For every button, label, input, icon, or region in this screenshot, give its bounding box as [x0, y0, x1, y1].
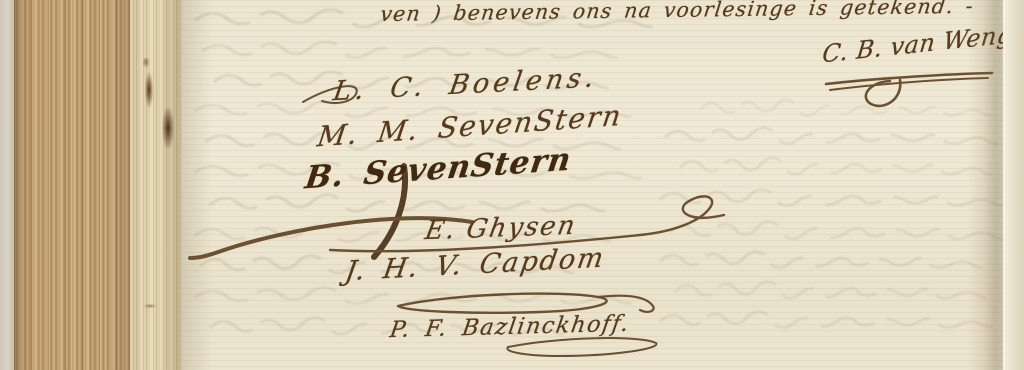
- closing-statement-line: ven ) benevens ons na voorlesinge is get…: [379, 0, 975, 26]
- signature-boelens: L. C. Boelens.: [331, 62, 600, 107]
- page-fold-shadow: [968, 0, 1006, 370]
- adjacent-page-edge: [1003, 0, 1024, 370]
- signature-ghysen: E. Ghysen: [423, 211, 579, 246]
- signature-m-sevenstern: M. M. SevenStern: [315, 99, 624, 154]
- page-edge-stack: [130, 0, 182, 370]
- flourish-bazlinckhoff-ellipse: [507, 338, 656, 356]
- small-ink-stain: [140, 300, 164, 314]
- signature-bazlinckhoff: P. F. Bazlinckhoff.: [388, 311, 632, 343]
- signature-capdom: J. H. V. Capdom: [343, 242, 607, 287]
- flourish-vanwenge-underline-2: [830, 78, 988, 90]
- scan-left-edge: [0, 0, 14, 370]
- flourish-capdom-ellipse: [398, 294, 607, 313]
- book-binding-page-edges: [14, 0, 130, 370]
- ink-stain: [138, 58, 182, 168]
- gutter-shadow: [180, 0, 212, 370]
- flourish-vanwenge-loop: [866, 80, 900, 106]
- flourish-capdom-tail: [598, 296, 654, 312]
- manuscript-scan: ven ) benevens ons na voorlesinge is get…: [0, 0, 1024, 370]
